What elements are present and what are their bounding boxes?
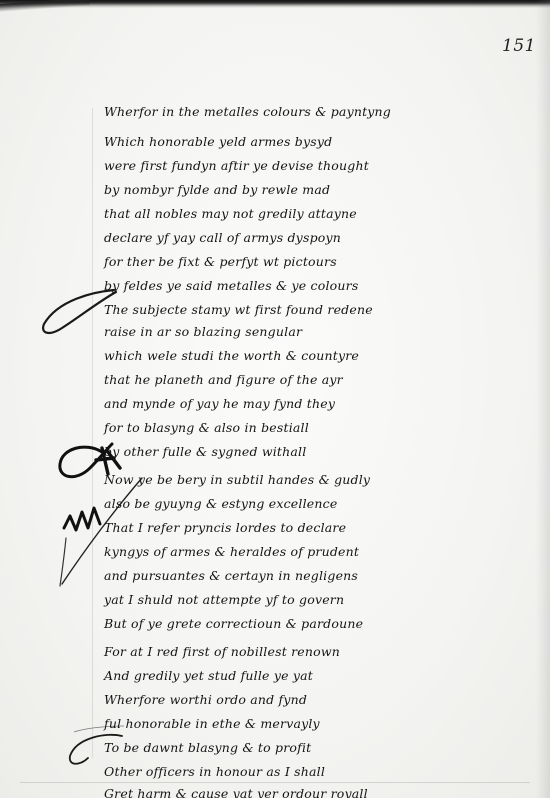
text-line-4: by nombyr fylde and by rewle mad [104,182,330,197]
bottom-rule [20,782,530,783]
text-line-26: ful honorable in ethe & mervayly [104,716,320,731]
text-line-20: and pursuantes & certayn in negligens [104,568,358,583]
text-line-9: The subjecte stamy wt first found redene [104,302,373,317]
text-line-12: that he planeth and figure of the ayr [104,372,343,387]
text-line-8: by feldes ye said metalles & ye colours [104,278,358,293]
text-line-13: and mynde of yay he may fynd they [104,396,335,411]
text-line-11: which wele studi the worth & countyre [104,348,359,363]
text-line-25: Wherfore worthi ordo and fynd [104,692,307,707]
text-line-2: Which honorable yeld armes bysyd [104,134,332,149]
text-line-28: Other officers in honour as I shall [104,764,325,779]
text-line-14: for to blasyng & also in bestiall [104,420,309,435]
text-line-27: To be dawnt blasyng & to profit [104,740,311,755]
text-line-29: Gret harm & cause yat yer ordour royall [104,786,368,798]
text-line-21: yat I shuld not attempte yf to govern [104,592,344,607]
text-line-24: And gredily yet stud fulle ye yat [104,668,313,683]
decorated-initial-icon [56,438,146,588]
text-line-5: that all nobles may not gredily attayne [104,206,357,221]
text-line-7: for ther be fixt & perfyt wt pictours [104,254,337,269]
text-line-15: by other fulle & sygned withall [104,444,306,459]
folio-number: 151 [502,36,536,56]
text-line-23: For at I red first of nobillest renown [104,644,340,659]
text-line-22: But of ye grete correctioun & pardoune [104,616,363,631]
text-line-1: Wherfor in the metalles colours & paynty… [104,104,391,119]
text-line-3: were first fundyn aftir ye devise though… [104,158,369,173]
text-line-6: declare yf yay call of armys dyspoyn [104,230,341,245]
scan-right-shadow [536,0,550,798]
text-line-10: raise in ar so blazing sengular [104,324,302,339]
margin-ruling [92,108,93,758]
text-line-16: Now ye be bery in subtil handes & gudly [104,472,370,487]
text-line-17: also be gyuyng & estyng excellence [104,496,337,511]
manuscript-page: 151 Wherfor in the metalles colours & pa… [0,0,550,798]
text-line-18: That I refer pryncis lordes to declare [104,520,346,535]
text-line-19: kyngys of armes & heraldes of prudent [104,544,359,559]
